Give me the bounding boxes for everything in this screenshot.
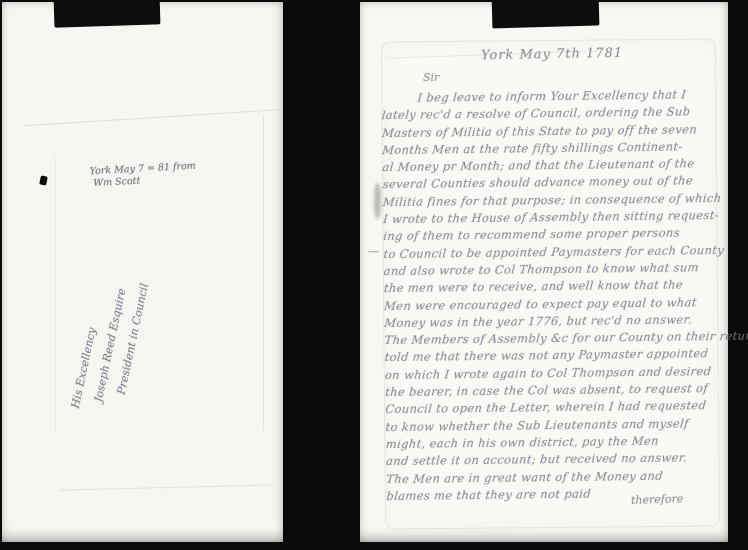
- binder-tab-right: [492, 0, 600, 28]
- scanner-right-bar: [728, 0, 748, 550]
- edge-smudge: [374, 183, 381, 219]
- scanner-gutter: [283, 0, 360, 550]
- margin-dash: —: [368, 245, 379, 258]
- crease-line: [263, 115, 264, 430]
- letter-body: I beg leave to inform Your Excellency th…: [381, 86, 722, 505]
- catchword: therefore: [631, 492, 684, 507]
- binder-tab-left: [54, 0, 161, 28]
- scanned-letter-canvas: York May 7 = 81 from Wm Scott His Excell…: [0, 0, 748, 550]
- scanner-bottom-bar: [0, 543, 748, 550]
- letter-salutation: Sir: [423, 71, 439, 84]
- letter-dateline: York May 7th 1781: [481, 46, 623, 63]
- crease-line: [55, 155, 56, 435]
